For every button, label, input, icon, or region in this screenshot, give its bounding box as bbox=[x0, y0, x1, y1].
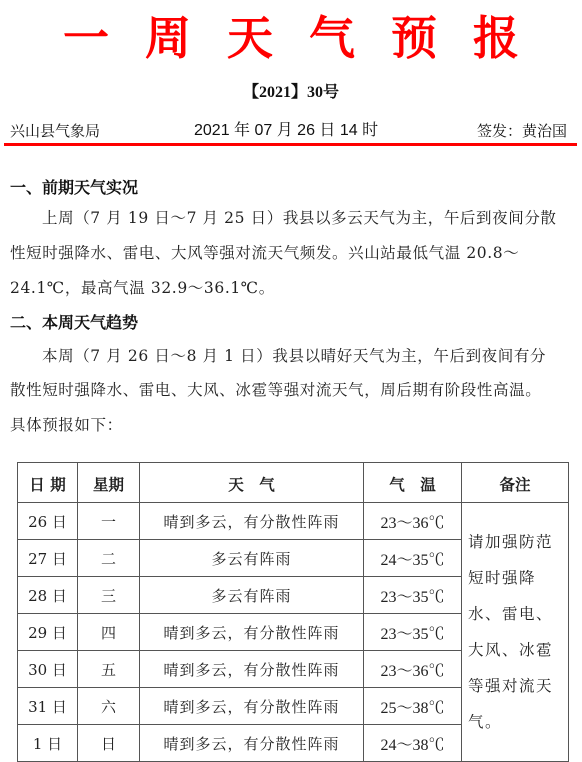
table-header-row: 日 期 星期 天 气 气 温 备注 bbox=[18, 463, 569, 503]
paragraph-line: 本周（7 月 26 日～8 月 1 日）我县以晴好天气为主，午后到夜间有分 bbox=[42, 345, 576, 367]
cell-date: 26 日 bbox=[18, 503, 78, 540]
cell-temperature: 23～36℃ bbox=[364, 503, 462, 540]
section-heading-past-weather: 一、前期天气实况 bbox=[10, 177, 138, 199]
cell-weather: 晴到多云，有分散性阵雨 bbox=[140, 503, 364, 540]
paragraph-line: 上周（7 月 19 日～7 月 25 日）我县以多云天气为主，午后到夜间分散 bbox=[42, 207, 576, 229]
cell-date: 27 日 bbox=[18, 540, 78, 577]
cell-temperature: 24～35℃ bbox=[364, 540, 462, 577]
title-char: 天 bbox=[209, 10, 291, 66]
header-weather: 天 气 bbox=[140, 463, 364, 503]
cell-weather: 晴到多云，有分散性阵雨 bbox=[140, 725, 364, 762]
cell-weekday: 一 bbox=[78, 503, 140, 540]
cell-temperature: 25～38℃ bbox=[364, 688, 462, 725]
cell-date: 30 日 bbox=[18, 651, 78, 688]
cell-weekday: 二 bbox=[78, 540, 140, 577]
forecast-table: 日 期 星期 天 气 气 温 备注 26 日 一 晴到多云，有分散性阵雨 23～… bbox=[17, 462, 569, 762]
signer: 签发：黄治国 bbox=[477, 121, 567, 141]
cell-weekday: 三 bbox=[78, 577, 140, 614]
header-weekday: 星期 bbox=[78, 463, 140, 503]
header-remark: 备注 bbox=[462, 463, 569, 503]
header-date: 日 期 bbox=[18, 463, 78, 503]
header-temperature: 气 温 bbox=[364, 463, 462, 503]
cell-weekday: 六 bbox=[78, 688, 140, 725]
table-row: 26 日 一 晴到多云，有分散性阵雨 23～36℃ 请加强防范短时强降水、雷电、… bbox=[18, 503, 569, 540]
cell-weekday: 日 bbox=[78, 725, 140, 762]
paragraph-line: 具体预报如下： bbox=[10, 414, 576, 436]
title-char: 预 bbox=[373, 10, 455, 66]
cell-date: 28 日 bbox=[18, 577, 78, 614]
title-char: 报 bbox=[455, 10, 537, 66]
section-heading-weekly-trend: 二、本周天气趋势 bbox=[10, 312, 138, 334]
cell-temperature: 23～35℃ bbox=[364, 577, 462, 614]
paragraph-line: 24.1℃，最高气温 32.9～36.1℃。 bbox=[10, 277, 576, 299]
cell-temperature: 24～38℃ bbox=[364, 725, 462, 762]
cell-weather: 晴到多云，有分散性阵雨 bbox=[140, 688, 364, 725]
cell-weather: 晴到多云，有分散性阵雨 bbox=[140, 651, 364, 688]
cell-weather: 晴到多云，有分散性阵雨 bbox=[140, 614, 364, 651]
cell-date: 29 日 bbox=[18, 614, 78, 651]
issue-datetime: 2021 年 07 月 26 日 14 时 bbox=[194, 121, 378, 141]
title-char: 周 bbox=[127, 10, 209, 66]
issue-number: 【2021】30号 bbox=[0, 82, 582, 104]
title-char: 气 bbox=[291, 10, 373, 66]
title-char: 一 bbox=[45, 10, 127, 66]
cell-remark: 请加强防范短时强降水、雷电、大风、冰雹等强对流天气。 bbox=[462, 503, 569, 762]
cell-date: 31 日 bbox=[18, 688, 78, 725]
cell-weekday: 四 bbox=[78, 614, 140, 651]
issuance-meta: 兴山县气象局 2021 年 07 月 26 日 14 时 签发：黄治国 bbox=[8, 121, 573, 141]
document-title: 一 周 天 气 预 报 bbox=[0, 10, 582, 66]
cell-date: 1 日 bbox=[18, 725, 78, 762]
issuing-agency: 兴山县气象局 bbox=[10, 121, 100, 141]
cell-temperature: 23～36℃ bbox=[364, 651, 462, 688]
paragraph-line: 性短时强降水、雷电、大风等强对流天气频发。兴山站最低气温 20.8～ bbox=[10, 242, 576, 264]
header-divider bbox=[4, 143, 577, 146]
cell-weather: 多云有阵雨 bbox=[140, 540, 364, 577]
cell-weekday: 五 bbox=[78, 651, 140, 688]
cell-temperature: 23～35℃ bbox=[364, 614, 462, 651]
cell-weather: 多云有阵雨 bbox=[140, 577, 364, 614]
paragraph-line: 散性短时强降水、雷电、大风、冰雹等强对流天气，周后期有阶段性高温。 bbox=[10, 379, 576, 401]
